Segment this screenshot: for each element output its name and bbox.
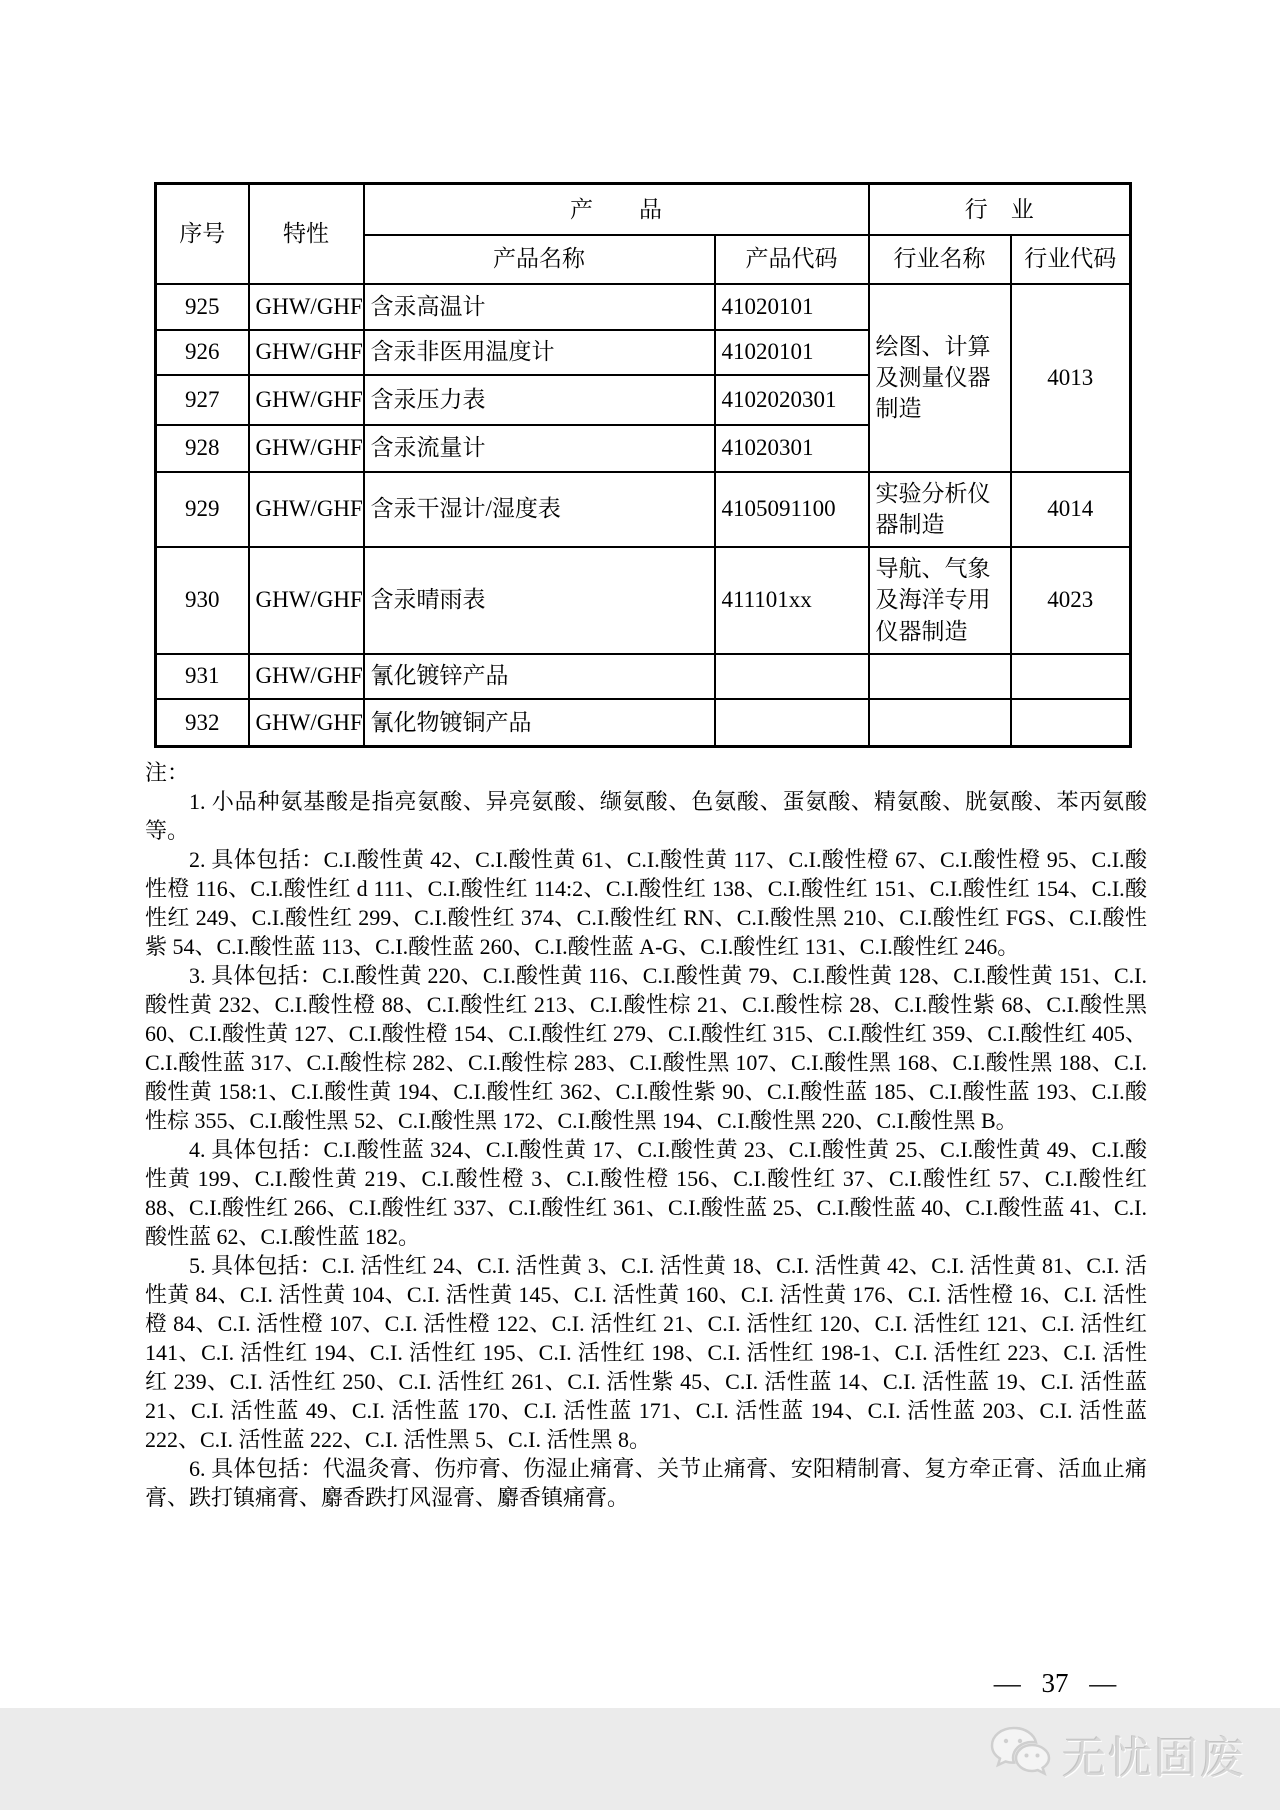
cell-index: 928 [156,425,249,472]
header-trait: 特性 [249,184,364,284]
cell-product-code: 41020301 [715,425,869,472]
cell-product-name: 含汞高温计 [364,284,715,330]
notes-section: 注： 1. 小品种氨基酸是指亮氨酸、异亮氨酸、缬氨酸、色氨酸、蛋氨酸、精氨酸、胱… [145,758,1147,1512]
cell-industry-code-merged: 4013 [1011,284,1131,472]
cell-trait: GHW/GHF [249,699,364,747]
cell-trait: GHW/GHF [249,284,364,330]
cell-product-code: 41020101 [715,284,869,330]
cell-trait: GHW/GHF [249,547,364,654]
header-industry-name: 行业名称 [869,235,1011,284]
cell-index: 931 [156,654,249,699]
cell-industry-code: 4014 [1011,472,1131,547]
cell-product-code [715,699,869,747]
cell-product-code: 41020101 [715,330,869,375]
table-row: 931 GHW/GHF 氰化镀锌产品 [156,654,1131,699]
cell-industry-name: 导航、气象及海洋专用仪器制造 [869,547,1011,654]
products-industries-table: 序号 特性 产 品 行 业 产品名称 产品代码 行业名称 行业代码 925 GH… [154,182,1132,748]
cell-industry-name [869,654,1011,699]
cell-product-name: 含汞压力表 [364,375,715,425]
document-page: 序号 特性 产 品 行 业 产品名称 产品代码 行业名称 行业代码 925 GH… [0,0,1280,1810]
table-row: 925 GHW/GHF 含汞高温计 41020101 绘图、计算及测量仪器制造 … [156,284,1131,330]
cell-industry-name-merged: 绘图、计算及测量仪器制造 [869,284,1011,472]
header-index: 序号 [156,184,249,284]
cell-product-code: 4105091100 [715,472,869,547]
cell-trait: GHW/GHF [249,375,364,425]
cell-product-name: 含汞非医用温度计 [364,330,715,375]
cell-industry-code [1011,654,1131,699]
cell-index: 926 [156,330,249,375]
header-product-name: 产品名称 [364,235,715,284]
cell-trait: GHW/GHF [249,654,364,699]
cell-industry-name [869,699,1011,747]
cell-index: 925 [156,284,249,330]
cell-index: 929 [156,472,249,547]
cell-index: 932 [156,699,249,747]
header-group-product: 产 品 [364,184,869,235]
table-row: 932 GHW/GHF 氰化物镀铜产品 [156,699,1131,747]
note-item-1: 1. 小品种氨基酸是指亮氨酸、异亮氨酸、缬氨酸、色氨酸、蛋氨酸、精氨酸、胱氨酸、… [145,787,1147,845]
cell-industry-name: 实验分析仪器制造 [869,472,1011,547]
cell-trait: GHW/GHF [249,472,364,547]
cell-product-name: 含汞流量计 [364,425,715,472]
cell-index: 927 [156,375,249,425]
cell-trait: GHW/GHF [249,425,364,472]
cell-product-name: 氰化物镀铜产品 [364,699,715,747]
header-group-industry: 行 业 [869,184,1131,235]
notes-label: 注： [145,758,1147,787]
watermark-text: 无忧固废 [1062,1722,1246,1786]
table-row: 930 GHW/GHF 含汞晴雨表 411101xx 导航、气象及海洋专用仪器制… [156,547,1131,654]
cell-industry-code [1011,699,1131,747]
note-item-4: 4. 具体包括：C.I.酸性蓝 324、C.I.酸性黄 17、C.I.酸性黄 2… [145,1135,1147,1251]
cell-product-code: 411101xx [715,547,869,654]
note-item-5: 5. 具体包括：C.I. 活性红 24、C.I. 活性黄 3、C.I. 活性黄 … [145,1251,1147,1454]
note-item-6: 6. 具体包括：代温灸膏、伤疖膏、伤湿止痛膏、关节止痛膏、安阳精制膏、复方牵正膏… [145,1454,1147,1512]
cell-product-name: 含汞晴雨表 [364,547,715,654]
watermark: 无忧固废 [988,1722,1246,1786]
header-product-code: 产品代码 [715,235,869,284]
table-row: 929 GHW/GHF 含汞干湿计/湿度表 4105091100 实验分析仪器制… [156,472,1131,547]
cell-product-code: 4102020301 [715,375,869,425]
cell-industry-code: 4023 [1011,547,1131,654]
cell-index: 930 [156,547,249,654]
cell-product-name: 氰化镀锌产品 [364,654,715,699]
cell-product-name: 含汞干湿计/湿度表 [364,472,715,547]
cell-product-code [715,654,869,699]
page-number: — 37 — [960,1668,1150,1699]
cell-trait: GHW/GHF [249,330,364,375]
note-item-2: 2. 具体包括：C.I.酸性黄 42、C.I.酸性黄 61、C.I.酸性黄 11… [145,845,1147,961]
wechat-icon [988,1724,1054,1785]
header-industry-code: 行业代码 [1011,235,1131,284]
bottom-gray-band: 无忧固废 [0,1708,1280,1810]
note-item-3: 3. 具体包括：C.I.酸性黄 220、C.I.酸性黄 116、C.I.酸性黄 … [145,961,1147,1135]
